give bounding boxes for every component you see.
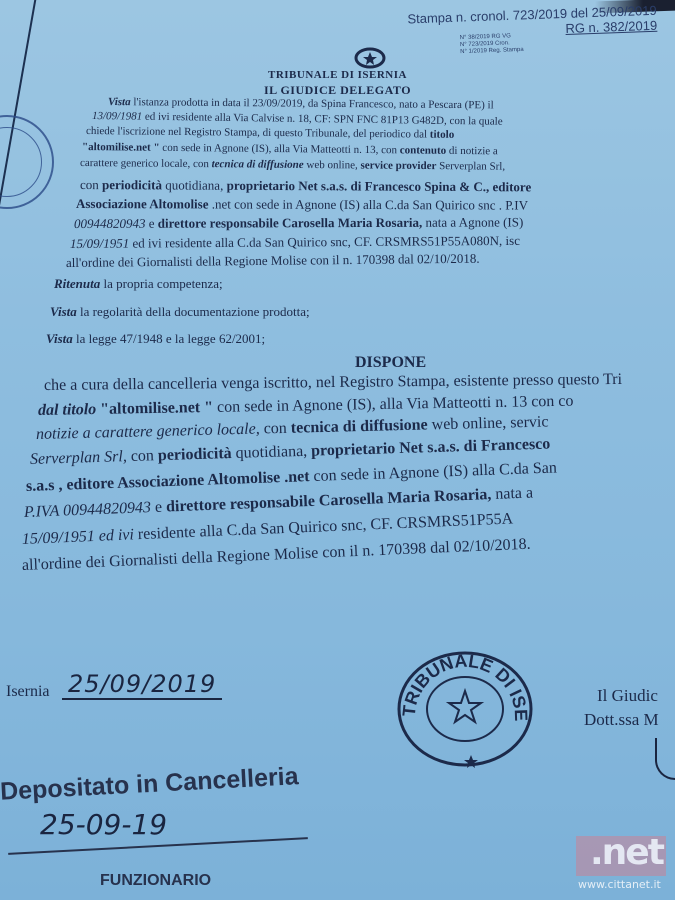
ritenuta-text: la propria competenza;	[100, 276, 222, 291]
text-run: 15/09/1951	[70, 236, 129, 251]
round-stamp-text: TRIBUNALE DI ISERNIA	[393, 647, 531, 721]
judge-signature-block: Il Giudic Dott.ssa M	[597, 684, 659, 732]
text-run: con	[260, 420, 292, 438]
preamble-line: chiede l'iscrizione nel Registro Stampa,…	[86, 125, 454, 141]
text-run: e	[145, 216, 157, 231]
preamble-line: con periodicità quotidiana, proprietario…	[80, 177, 531, 195]
protocol-line: N° 1/2019 Reg. Stampa	[460, 47, 524, 56]
deposit-stamp: Depositato in Cancelleria	[0, 762, 299, 807]
text-run: che a cura della cancelleria venga iscri…	[44, 371, 622, 394]
vista-documentation-line: Vista la regolarità della documentazione…	[50, 304, 310, 320]
text-run: l'istanza prodotta in data il 23/09/2019…	[131, 96, 494, 111]
watermark-url: www.cittanet.it	[578, 878, 661, 891]
text-run: tecnica di diffusione	[212, 158, 304, 171]
svg-text:TRIBUNALE DI ISERNIA: TRIBUNALE DI ISERNIA	[393, 647, 531, 721]
text-run: chiede l'iscrizione nel Registro Stampa,…	[86, 125, 430, 141]
text-run: web online,	[304, 159, 361, 171]
vista-text: la regolarità della documentazione prodo…	[77, 304, 310, 319]
text-run: dal titolo	[38, 401, 97, 419]
text-run: tecnica di diffusione	[291, 416, 428, 436]
vista-text: la legge 47/1948 e la legge 62/2001;	[73, 331, 265, 346]
text-run: Associazione Altomolise	[76, 196, 209, 211]
text-run: s.a.s , editore Associazione Altomolise …	[26, 468, 310, 495]
document-page: Stampa n. cronol. 723/2019 del 25/09/201…	[0, 0, 675, 900]
text-run: con sede in Agnone (IS), alla Via Matteo…	[160, 142, 400, 157]
preamble-line: Vista l'istanza prodotta in data il 23/0…	[108, 96, 494, 111]
text-run: periodicità	[102, 177, 162, 192]
watermark-logo: .net	[576, 836, 666, 876]
text-run: ed ivi residente alla C.da San Quirico s…	[129, 233, 520, 251]
text-run: con	[80, 177, 102, 192]
preamble-line: all'ordine dei Giornalisti della Regione…	[66, 251, 480, 271]
text-run: notizie a carattere generico locale,	[36, 421, 260, 443]
judge-title: Il Giudic	[597, 684, 659, 708]
preamble-line: "altomilise.net " con sede in Agnone (IS…	[82, 141, 498, 157]
handwritten-date: 25/09/2019	[62, 670, 222, 700]
preamble-line: 15/09/1951 ed ivi residente alla C.da Sa…	[70, 233, 520, 252]
text-run: Serverplan Srl,	[30, 448, 127, 468]
republic-emblem-icon	[352, 47, 388, 69]
handwritten-signature	[655, 738, 675, 780]
text-run: e	[151, 499, 167, 517]
dispone-heading: DISPONE	[355, 354, 426, 372]
text-run: contenuto	[400, 144, 447, 156]
place-label: Isernia	[6, 683, 50, 701]
text-run: nata a	[491, 484, 533, 503]
text-run: carattere generico locale, con	[80, 157, 212, 170]
text-run: Serverplan Srl,	[436, 160, 505, 173]
text-run: periodicità	[158, 445, 232, 464]
text-run: 13/09/1981	[92, 110, 142, 123]
text-run: "altomilise.net "	[100, 399, 213, 418]
dispone-line: che a cura della cancelleria venga iscri…	[44, 371, 622, 395]
preamble-line: carattere generico locale, con tecnica d…	[80, 157, 505, 173]
ritenuta-line: Ritenuta la propria competenza;	[54, 276, 223, 292]
text-run: "altomilise.net "	[82, 141, 160, 154]
text-run: direttore responsabile Carosella Maria R…	[166, 486, 492, 515]
preamble-line: 00944820943 e direttore responsabile Car…	[74, 214, 523, 232]
deposit-footer: FUNZIONARIO	[100, 872, 211, 890]
text-run: direttore responsabile Carosella Maria R…	[158, 215, 422, 231]
deposit-date: 25-09-19	[40, 808, 167, 841]
judge-name: Dott.ssa M	[584, 708, 659, 732]
vista-lead: Vista	[46, 331, 73, 346]
text-run: 15/09/1951 ed ivi	[22, 526, 135, 548]
text-run: titolo	[430, 129, 455, 141]
ritenuta-lead: Ritenuta	[54, 276, 100, 291]
text-run: con	[127, 447, 159, 465]
text-run: proprietario Net s.a.s. di Francesco	[311, 436, 551, 460]
text-run: Vista	[108, 96, 131, 108]
text-run: quotidiana,	[231, 443, 311, 462]
watermark-logo-text: .net	[590, 832, 663, 873]
side-court-stamp	[0, 115, 54, 209]
text-run: quotidiana,	[162, 177, 227, 192]
vista-law-line: Vista la legge 47/1948 e la legge 62/200…	[46, 331, 265, 347]
court-round-stamp: TRIBUNALE DI ISERNIA	[393, 647, 535, 769]
protocol-stamp: N° 38/2019 RG VG N° 723/2019 Cron. N° 1/…	[460, 33, 524, 56]
text-run: P.IVA 00944820943	[24, 499, 152, 521]
text-run: .net con sede in Agnone (IS) alla C.da S…	[208, 196, 528, 212]
text-run: di notizie a	[446, 145, 498, 158]
text-run: web online, servic	[427, 413, 548, 433]
court-subtitle: IL GIUDICE DELEGATO	[0, 83, 675, 98]
text-run: proprietario Net s.a.s. di Francesco Spi…	[227, 178, 532, 195]
text-run: con sede in Agnone (IS) alla C.da San	[309, 459, 557, 485]
vista-lead: Vista	[50, 304, 77, 319]
text-run: 00944820943	[74, 216, 146, 231]
text-run: service provider	[360, 159, 436, 172]
court-title: TRIBUNALE DI ISERNIA	[0, 69, 675, 81]
preamble-line: Associazione Altomolise .net con sede in…	[76, 196, 528, 214]
text-run: all'ordine dei Giornalisti della Regione…	[66, 251, 480, 270]
text-run: nata a Agnone (IS)	[422, 214, 523, 229]
text-run: con sede in Agnone (IS), alla Via Matteo…	[213, 393, 574, 416]
